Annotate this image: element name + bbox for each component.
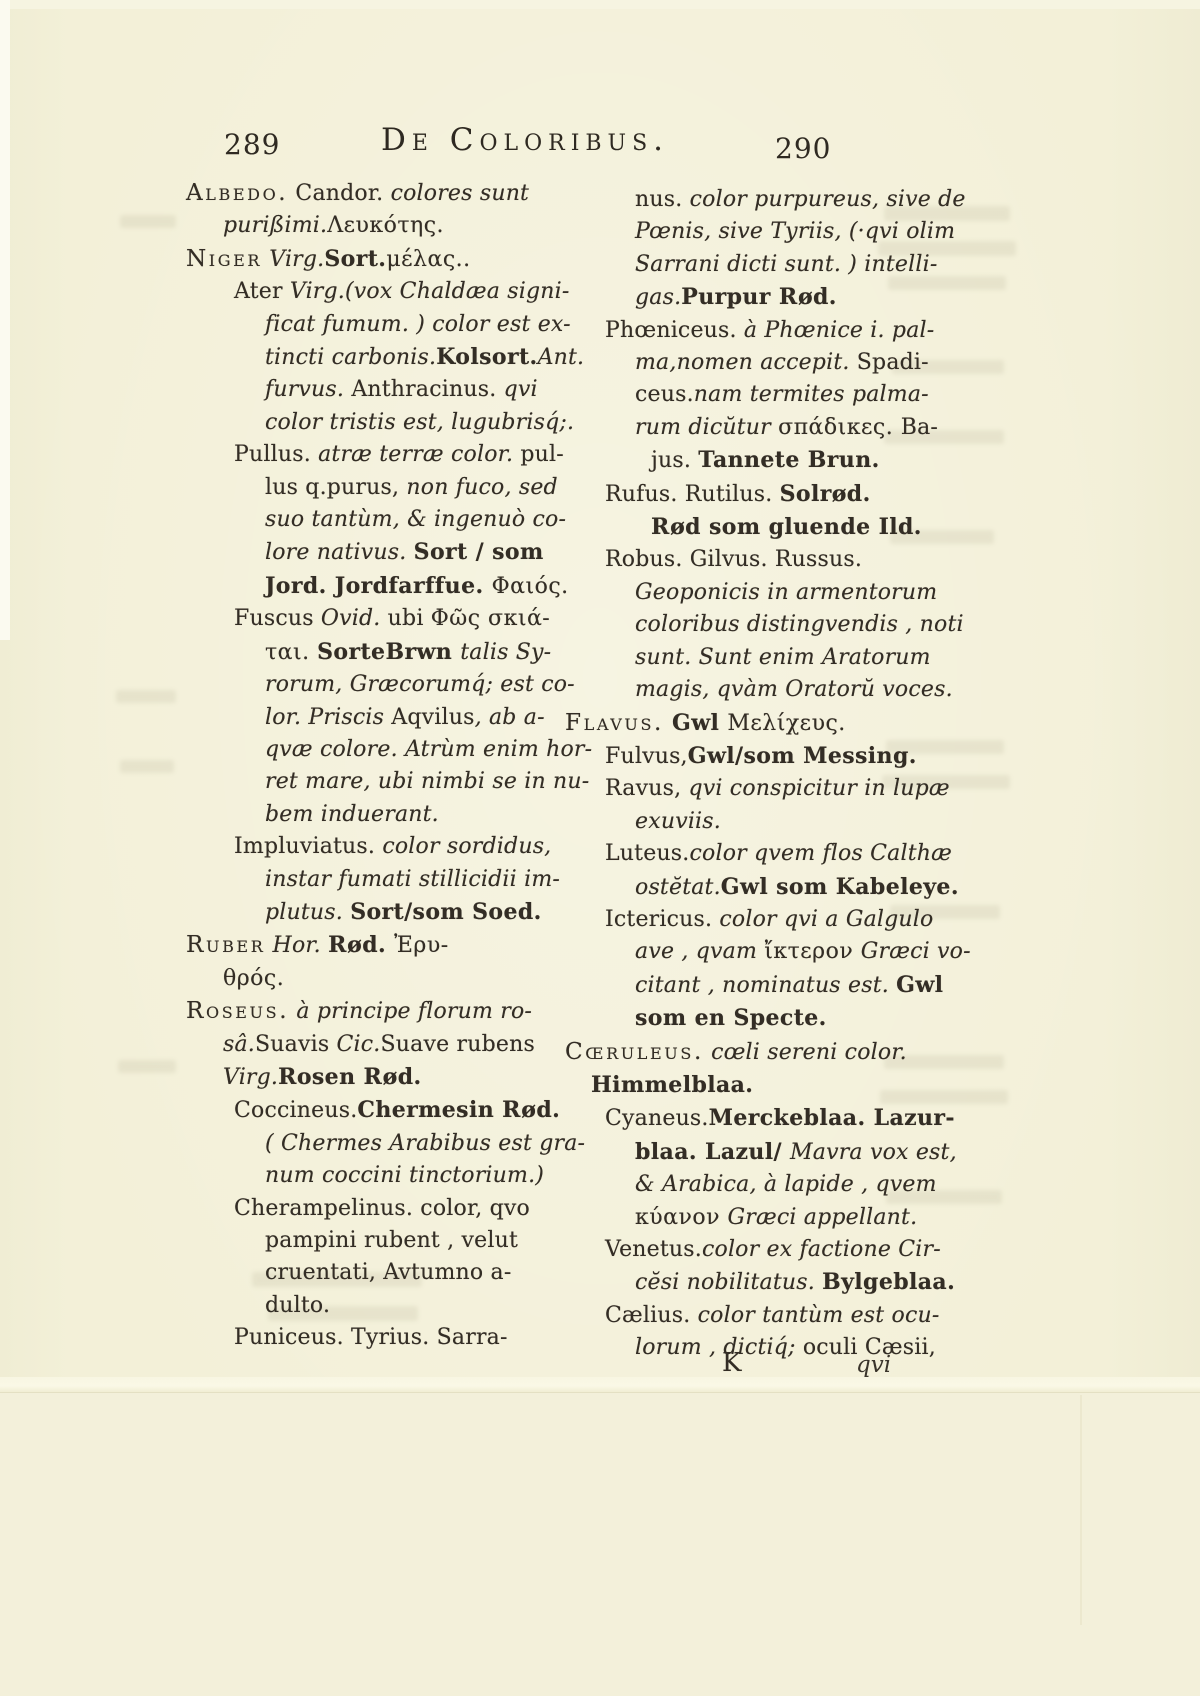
text-segment-f: Merckeblaa. Lazur-	[709, 1105, 955, 1131]
text-segment-g: ται.	[265, 640, 317, 665]
text-segment-f: som en Specte.	[635, 1005, 827, 1031]
text-line: purißimi.Λευκότης.	[186, 210, 536, 242]
text-segment-f: Gwl	[896, 972, 943, 998]
paper-fold-line	[1080, 1395, 1082, 1625]
text-segment-i: color tristis est, lugubrisq́;.	[265, 410, 574, 435]
text-segment-r: dulto.	[265, 1293, 330, 1318]
text-segment-i: ret mare, ubi nimbi se in nu-	[265, 769, 589, 794]
text-segment-i: sâ.	[223, 1032, 255, 1057]
text-segment-r: Luteus.	[605, 841, 690, 866]
text-segment-sc: Flavus.	[565, 710, 664, 736]
text-segment-i: ma,nomen accepit.	[635, 350, 857, 375]
text-segment-r: pampini rubent , velut	[265, 1228, 518, 1253]
text-segment-i: ficat fumum. ) color est ex-	[265, 312, 571, 337]
text-segment-r: ceus.	[635, 382, 694, 407]
text-segment-r: Fuscus	[234, 606, 321, 631]
text-segment-r: Fulvus,	[605, 744, 688, 769]
text-line: Rød som gluende Ild.	[565, 511, 895, 544]
text-segment-i: Hor.	[265, 933, 328, 958]
text-segment-g: Λευκότης.	[327, 213, 444, 238]
text-line: Jord. Jordfarffue. Φαιός.	[186, 570, 536, 603]
text-line: lor. Priscis Aqvilus, ab a-	[186, 702, 536, 734]
text-line: Impluviatus. color sordidus,	[186, 831, 536, 863]
text-line: & Arabica, à lapide , qvem	[565, 1169, 895, 1201]
text-segment-i: plutus.	[265, 900, 350, 925]
text-segment-r: Cyaneus.	[605, 1106, 709, 1131]
text-segment-g: μέλας..	[386, 247, 470, 272]
text-line: Fulvus,Gwl/som Messing.	[565, 740, 895, 773]
text-line: magis, qvàm Oratorŭ voces.	[565, 674, 895, 706]
text-segment-f: Sort.	[324, 246, 386, 272]
text-line: Rufus. Rutilus. Solrød.	[565, 478, 895, 511]
text-line: Cherampelinus. color, qvo	[186, 1193, 536, 1225]
text-line: Ruber Hor. Rød. Ἐρυ-	[186, 929, 536, 962]
text-segment-r: Puniceus. Tyrius. Sarra-	[234, 1325, 508, 1350]
text-segment-g: θρός.	[223, 966, 284, 991]
text-line: sâ.Suavis Cic.Suave rubens	[186, 1029, 536, 1061]
text-line: Roseus. à principe florum ro-	[186, 995, 536, 1028]
text-line: ficat fumum. ) color est ex-	[186, 309, 536, 341]
text-segment-i: Ovid.	[321, 606, 381, 631]
text-segment-f: blaa. Lazul/	[635, 1139, 790, 1165]
text-line: furvus. Anthracinus. qvi	[186, 374, 536, 406]
text-segment-i: instar fumati stillicidii im-	[265, 867, 560, 892]
text-segment-r: cruentati, Avtumno a-	[265, 1260, 511, 1285]
text-line: Ictericus. color qvi a Galgulo	[565, 904, 895, 936]
text-line: sunt. Sunt enim Aratorum	[565, 642, 895, 674]
text-segment-i: color qvem flos Calthæ	[690, 841, 953, 866]
text-line: plutus. Sort/som Soed.	[186, 896, 536, 929]
text-line: tincti carbonis.Kolsort.Ant.	[186, 341, 536, 374]
text-segment-r: Ravus,	[605, 776, 688, 801]
text-line: qvæ colore. Atrùm enim hor-	[186, 734, 536, 766]
text-line: exuviis.	[565, 806, 895, 838]
text-line: Himmelblaa.	[565, 1069, 895, 1102]
text-segment-r: Venetus.	[605, 1237, 702, 1262]
text-segment-i: Virg.	[223, 1065, 278, 1090]
bleed-through-spot	[118, 1060, 176, 1073]
text-line: Geoponicis in armentorum	[565, 577, 895, 609]
text-segment-f: Purpur Rød.	[681, 284, 837, 310]
text-segment-g: σπάδικες.	[778, 415, 901, 440]
text-line: Pullus. atræ terræ color. pul-	[186, 439, 536, 471]
text-line: ret mare, ubi nimbi se in nu-	[186, 766, 536, 798]
text-line: Pœnis, sive Tyriis, (·qvi olim	[565, 216, 895, 248]
text-segment-i: colores sunt	[391, 181, 530, 206]
text-segment-r: Aqvilus	[391, 705, 474, 730]
text-line: Luteus.color qvem flos Calthæ	[565, 838, 895, 870]
text-segment-i: exuviis.	[635, 809, 721, 834]
text-line: lore nativus. Sort / som	[186, 536, 536, 569]
text-segment-i: Sarrani dicti sunt. ) intelli-	[635, 252, 937, 277]
text-segment-i: Virg.(vox Chaldæa signi-	[290, 279, 570, 304]
text-line: num coccini tinctorium.)	[186, 1160, 536, 1192]
text-line: lus q.purus, non fuco, sed	[186, 472, 536, 504]
text-segment-i: qvi	[504, 377, 538, 402]
text-segment-f: Rød som gluende Ild.	[651, 514, 922, 540]
text-segment-f: Rosen Rød.	[278, 1064, 421, 1090]
text-line: Albedo. Candor. colores sunt	[186, 177, 536, 210]
text-segment-r: Ba-	[901, 415, 938, 440]
text-line: ται. SorteBrwn talis Sy-	[186, 636, 536, 669]
text-line: Robus. Gilvus. Russus.	[565, 544, 895, 576]
text-line: Coccineus.Chermesin Rød.	[186, 1094, 536, 1127]
text-segment-f: Gwl/som Messing.	[688, 743, 917, 769]
text-segment-r: ubi	[380, 606, 430, 631]
text-line: color tristis est, lugubrisq́;.	[186, 407, 536, 439]
text-line: ( Chermes Arabibus est gra-	[186, 1128, 536, 1160]
text-segment-i: talis Sy-	[460, 640, 551, 665]
signature-mark: K	[722, 1348, 741, 1378]
text-segment-r: pul-	[520, 442, 564, 467]
text-line: nus. color purpureus, sive de	[565, 184, 895, 216]
text-segment-g: ἴκτερον	[764, 939, 861, 964]
text-line: jus. Tannete Brun.	[565, 444, 895, 477]
text-segment-i: lore nativus.	[265, 540, 414, 565]
text-line: dulto.	[186, 1290, 536, 1322]
text-line: Cyaneus.Merckeblaa. Lazur-	[565, 1102, 895, 1135]
text-segment-i: color purpureus, sive de	[690, 187, 966, 212]
text-segment-i: Græci vo-	[861, 939, 971, 964]
text-segment-i: qvi conspicitur in lupæ	[688, 776, 949, 801]
text-segment-i: coloribus distingvendis , noti	[635, 612, 964, 637]
text-segment-i: Virg.	[262, 247, 324, 272]
text-segment-g: κύανον	[635, 1205, 727, 1230]
text-segment-i: ( Chermes Arabibus est gra-	[265, 1131, 585, 1156]
scan-edge-top	[0, 0, 1200, 9]
text-segment-r: Suavis	[255, 1032, 337, 1057]
text-segment-r: Ictericus.	[605, 907, 719, 932]
text-segment-i: sunt. Sunt enim Aratorum	[635, 645, 931, 670]
text-line: κύανον Græci appellant.	[565, 1202, 895, 1234]
text-segment-i: & Arabica, à lapide , qvem	[635, 1172, 937, 1197]
text-segment-i: rum dicŭtur	[635, 415, 778, 440]
text-line: Puniceus. Tyrius. Sarra-	[186, 1322, 536, 1354]
text-line: rorum, Græcorumq́; est co-	[186, 669, 536, 701]
text-segment-f: Chermesin Rød.	[357, 1097, 560, 1123]
text-segment-f: Rød.	[328, 932, 394, 958]
text-segment-f: Sort/som Soed.	[350, 899, 542, 925]
page-number-left: 289	[224, 128, 280, 161]
text-line: ma,nomen accepit. Spadi-	[565, 347, 895, 379]
text-line: pampini rubent , velut	[186, 1225, 536, 1257]
text-segment-f: Tannete Brun.	[698, 447, 879, 473]
text-segment-g: Ἐρυ-	[394, 933, 449, 958]
text-segment-f: Sort / som	[414, 539, 544, 565]
text-segment-i: suo tantùm, & ingenuò co-	[265, 507, 566, 532]
text-line: Phœniceus. à Phœnice i. pal-	[565, 315, 895, 347]
text-segment-f: Bylgeblaa.	[822, 1269, 955, 1295]
text-segment-i: à principe florum ro-	[289, 999, 532, 1024]
bleed-through-spot	[120, 760, 174, 773]
text-segment-i: lorum , dictiq́;	[635, 1335, 803, 1360]
text-segment-i: lor. Priscis	[265, 705, 391, 730]
text-segment-r: Pullus.	[234, 442, 318, 467]
text-segment-i: cĕsi nobilitatus.	[635, 1270, 822, 1295]
text-segment-i: cœli sereni color.	[704, 1040, 907, 1065]
text-segment-f: Kolsort.	[436, 344, 537, 370]
text-segment-i: ostĕtat.	[635, 875, 721, 900]
text-segment-sc: Albedo.	[186, 180, 288, 206]
text-line: instar fumati stillicidii im-	[186, 864, 536, 896]
lower-blank-paper	[0, 1393, 1200, 1696]
text-segment-f: SorteBrwn	[317, 639, 460, 665]
text-segment-i: nam termites palma-	[694, 382, 929, 407]
text-segment-i: magis, qvàm Oratorŭ voces.	[635, 677, 953, 702]
text-segment-i: color qvi a Galgulo	[719, 907, 933, 932]
text-segment-i: non fuco, sed	[406, 475, 557, 500]
text-segment-i: num coccini tinctorium.)	[265, 1163, 544, 1188]
text-segment-r: Cælius.	[605, 1303, 698, 1328]
text-line: Ravus, qvi conspicitur in lupæ	[565, 773, 895, 805]
text-segment-i: bem induerant.	[265, 802, 439, 827]
book-page-scan: 289 De Coloribus. 290 Albedo. Candor. co…	[0, 0, 1200, 1696]
text-segment-g: Φαιός.	[492, 574, 569, 599]
text-line: Niger Virg.Sort.μέλας..	[186, 243, 536, 276]
bleed-through-spot	[120, 215, 176, 228]
text-segment-r: Impluviatus.	[234, 834, 382, 859]
text-segment-i: Geoponicis in armentorum	[635, 580, 937, 605]
text-segment-sc: Roseus.	[186, 998, 289, 1024]
text-line: citant , nominatus est. Gwl	[565, 969, 895, 1002]
text-segment-r: Cherampelinus. color, qvo	[234, 1196, 530, 1221]
text-line: blaa. Lazul/ Mavra vox est,	[565, 1136, 895, 1169]
text-segment-r: Anthracinus.	[351, 377, 503, 402]
text-line: rum dicŭtur σπάδικες. Ba-	[565, 412, 895, 444]
text-segment-f: Jord. Jordfarffue.	[265, 573, 492, 599]
text-line: cruentati, Avtumno a-	[186, 1257, 536, 1289]
text-segment-i: tincti carbonis.	[265, 345, 436, 370]
page-leaf-edge	[0, 1377, 1200, 1393]
text-line: Cœruleus. cœli sereni color.	[565, 1036, 895, 1069]
text-segment-i: color ex factione Cir-	[702, 1237, 941, 1262]
text-line: suo tantùm, & ingenuò co-	[186, 504, 536, 536]
text-line: gas.Purpur Rød.	[565, 281, 895, 314]
text-segment-i: Cic.	[337, 1032, 381, 1057]
text-segment-i: Mavra vox est,	[790, 1140, 957, 1165]
text-segment-g: Φῶς σκιά-	[431, 606, 550, 631]
text-segment-r: jus.	[651, 448, 698, 473]
text-line: Fuscus Ovid. ubi Φῶς σκιά-	[186, 603, 536, 635]
text-segment-r: Suave rubens	[381, 1032, 535, 1057]
text-segment-sc: Cœruleus.	[565, 1039, 704, 1065]
text-segment-i: qvæ colore. Atrùm enim hor-	[265, 737, 592, 762]
text-line: Cælius. color tantùm est ocu-	[565, 1300, 895, 1332]
text-line: ave , qvam ἴκτερον Græci vo-	[565, 936, 895, 968]
text-segment-f: Solrød.	[780, 481, 871, 507]
text-segment-r: Robus. Gilvus. Russus.	[605, 547, 862, 572]
text-line: Sarrani dicti sunt. ) intelli-	[565, 249, 895, 281]
text-line: bem induerant.	[186, 799, 536, 831]
text-segment-i: citant , nominatus est.	[635, 973, 896, 998]
text-segment-sc: Ruber	[186, 932, 265, 958]
text-line: Venetus.color ex factione Cir-	[565, 1234, 895, 1266]
text-segment-i: color tantùm est ocu-	[698, 1303, 940, 1328]
text-segment-r: lus q.purus,	[265, 475, 406, 500]
text-segment-f: Gwl som Kabeleye.	[721, 874, 959, 900]
running-title: De Coloribus.	[380, 122, 670, 158]
text-line: Ater Virg.(vox Chaldæa signi-	[186, 276, 536, 308]
text-line: ostĕtat.Gwl som Kabeleye.	[565, 871, 895, 904]
text-segment-i: ave , qvam	[635, 939, 764, 964]
text-segment-r: Rufus. Rutilus.	[605, 482, 780, 507]
text-segment-r: Candor.	[288, 181, 390, 206]
left-text-column: Albedo. Candor. colores suntpurißimi.Λευ…	[186, 177, 536, 1355]
bleed-through-spot	[116, 690, 176, 703]
text-segment-r: Spadi-	[857, 350, 929, 375]
catchword: qvi	[856, 1352, 891, 1378]
text-segment-r: Coccineus.	[234, 1098, 357, 1123]
text-segment-g: Μελίχευς.	[727, 711, 845, 736]
text-segment-i: Græci appellant.	[727, 1205, 917, 1230]
text-segment-i: gas.	[635, 285, 681, 310]
text-segment-i: color sordidus,	[382, 834, 551, 859]
text-segment-i: furvus.	[265, 377, 351, 402]
text-line: cĕsi nobilitatus. Bylgeblaa.	[565, 1266, 895, 1299]
text-segment-f: Gwl	[664, 710, 727, 736]
text-line: Flavus. Gwl Μελίχευς.	[565, 707, 895, 740]
scan-edge-left	[0, 0, 10, 640]
text-line: Virg.Rosen Rød.	[186, 1061, 536, 1094]
text-segment-f: Himmelblaa.	[591, 1072, 753, 1098]
text-segment-r: nus.	[635, 187, 690, 212]
text-segment-sc: Niger	[186, 246, 262, 272]
text-segment-i: atræ terræ color.	[318, 442, 520, 467]
text-segment-i: Pœnis, sive Tyriis, (·qvi olim	[635, 219, 955, 244]
text-line: ceus.nam termites palma-	[565, 379, 895, 411]
text-segment-i: purißimi.	[223, 213, 327, 238]
text-segment-i: à Phœnice i. pal-	[744, 318, 934, 343]
text-line: θρός.	[186, 963, 536, 995]
text-segment-i: rorum, Græcorumq́; est co-	[265, 672, 575, 697]
text-line: coloribus distingvendis , noti	[565, 609, 895, 641]
page-number-right: 290	[775, 132, 831, 165]
right-text-column: nus. color purpureus, sive dePœnis, sive…	[565, 184, 895, 1365]
text-segment-i: , ab a-	[475, 705, 545, 730]
text-segment-r: Ater	[234, 279, 290, 304]
text-segment-r: Phœniceus.	[605, 318, 744, 343]
text-line: som en Specte.	[565, 1002, 895, 1035]
